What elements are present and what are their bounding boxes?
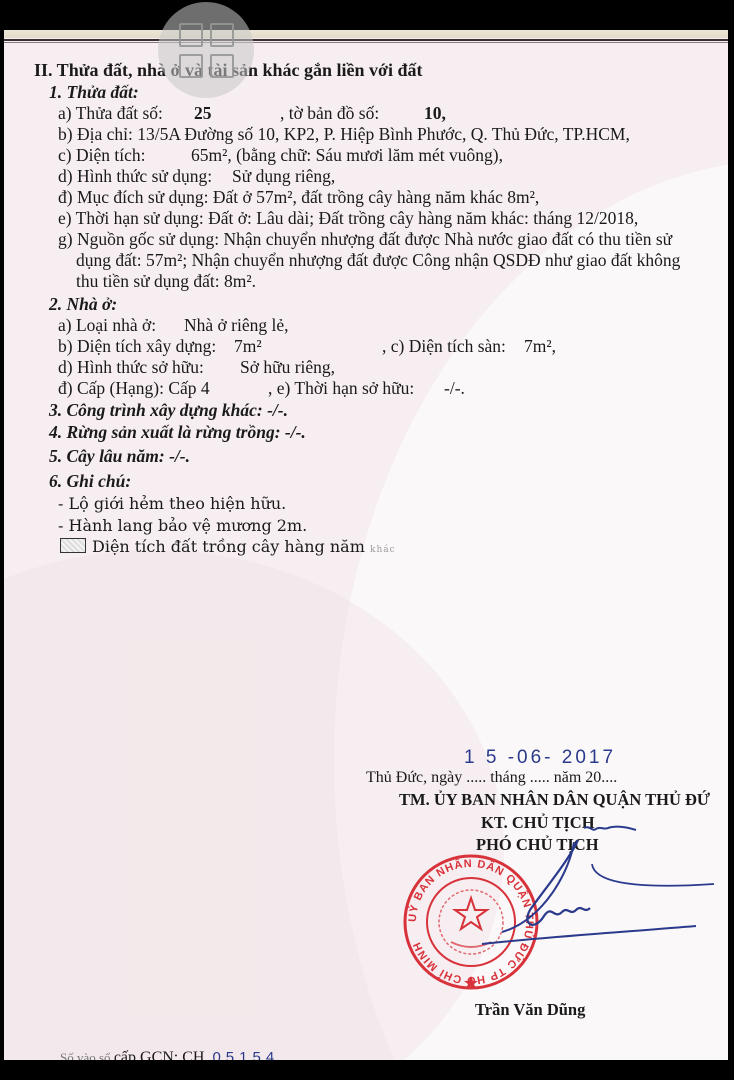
land-address: b) Địa chỉ: 13/5A Đường số 10, KP2, P. H… (58, 124, 630, 144)
land-parcel-row: a) Thửa đất số: 25 , tờ bản đồ số: 10, (58, 103, 163, 123)
parcel-label: a) Thửa đất số: (58, 103, 163, 123)
signer-name: Trần Văn Dũng (475, 1000, 585, 1020)
production-forest: 4. Rừng sản xuất là rừng trồng: -/-. (49, 422, 306, 442)
floor-area-label: , c) Diện tích sàn: (382, 336, 506, 356)
built-area-value: 7m² (234, 336, 262, 356)
house-heading: 2. Nhà ở: (49, 294, 117, 314)
map-sheet-label: , tờ bản đồ số: (280, 103, 379, 123)
house-type-label: a) Loại nhà ở: (58, 315, 156, 335)
ownership-term-label: , e) Thời hạn sở hữu: (268, 378, 414, 398)
stamped-date: 1 5 -06- 2017 (464, 748, 616, 768)
area-value: 65m², (bằng chữ: Sáu mươi lăm mét vuông)… (191, 145, 503, 165)
built-area-label: b) Diện tích xây dựng: (58, 336, 216, 356)
land-origin-line3: thu tiền sử dụng đất: 8m². (76, 271, 256, 291)
legend-text-faded: khác (370, 545, 396, 555)
house-grade-row: đ) Cấp (Hạng): Cấp 4 , e) Thời hạn sở hữ… (58, 378, 210, 398)
notes-heading: 6. Ghi chú: (49, 471, 131, 491)
note-item: - Lộ giới hẻm theo hiện hữu. (58, 494, 286, 514)
map-sheet-number: 10, (424, 103, 446, 123)
grid-view-icon (179, 23, 234, 78)
legend-text: Diện tích đất trồng cây hàng năm (92, 537, 365, 556)
certificate-number: 05154 (212, 1049, 279, 1060)
certificate-number-label-faded: Số vào sổ (60, 1050, 114, 1060)
hatched-legend-swatch-icon (60, 538, 86, 553)
perennial-trees: 5. Cây lâu năm: -/-. (49, 446, 190, 466)
ownership-value: Sở hữu riêng, (240, 357, 335, 377)
land-purpose: đ) Mục đích sử dụng: Đất ở 57m², đất trồ… (58, 187, 539, 207)
land-origin-line1: g) Nguồn gốc sử dụng: Nhận chuyển nhượng… (58, 229, 672, 249)
legend-row: Diện tích đất trồng cây hàng năm khác (60, 537, 396, 560)
land-term: e) Thời hạn sử dụng: Đất ở: Lâu dài; Đất… (58, 208, 638, 228)
house-type-value: Nhà ở riêng lẻ, (184, 315, 289, 335)
place-date: Thủ Đức, ngày ..... tháng ..... năm 20..… (366, 768, 617, 788)
house-area-row: b) Diện tích xây dựng: 7m² , c) Diện tíc… (58, 336, 216, 356)
land-heading: 1. Thửa đất: (49, 82, 139, 102)
ownership-term-value: -/-. (444, 378, 465, 398)
usage-form-label: d) Hình thức sử dụng: (58, 166, 212, 186)
usage-form-value: Sử dụng riêng, (232, 166, 335, 186)
certificate-page: II. Thửa đất, nhà ở và tài sản khác gắn … (4, 30, 728, 1060)
land-area-row: c) Diện tích: 65m², (bằng chữ: Sáu mươi … (58, 145, 145, 165)
page-shadow-edge (728, 30, 734, 1060)
house-type-row: a) Loại nhà ở: Nhà ở riêng lẻ, (58, 315, 156, 335)
issuing-authority: TM. ỦY BAN NHÂN DÂN QUẬN THỦ ĐỨ (399, 790, 710, 810)
handwritten-signature-icon (474, 820, 728, 970)
grid-view-button[interactable] (158, 2, 254, 98)
certificate-number-row: Số vào sổ cấp GCN: CH 05154 (60, 1048, 279, 1060)
land-origin-line2: dụng đất: 57m²; Nhận chuyển nhượng đất đ… (76, 250, 680, 270)
house-ownership-row: d) Hình thức sở hữu: Sở hữu riêng, (58, 357, 204, 377)
certificate-number-label: cấp GCN: CH (114, 1049, 205, 1060)
grade-label: đ) Cấp (Hạng): Cấp 4 (58, 378, 210, 398)
ownership-label: d) Hình thức sở hữu: (58, 357, 204, 377)
parcel-number: 25 (194, 103, 212, 123)
note-item: - Hành lang bảo vệ mương 2m. (58, 516, 307, 536)
land-usage-form-row: d) Hình thức sử dụng: Sử dụng riêng, (58, 166, 212, 186)
area-label: c) Diện tích: (58, 145, 145, 165)
floor-area-value: 7m², (524, 336, 556, 356)
other-construction: 3. Công trình xây dựng khác: -/-. (49, 400, 288, 420)
